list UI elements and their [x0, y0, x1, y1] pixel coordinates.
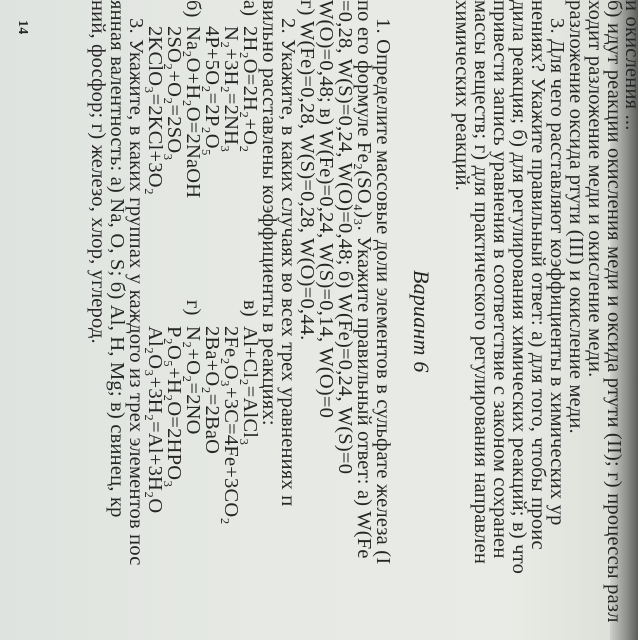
text-line: привести запись уравнения в соответствие…	[489, 0, 510, 558]
option-label-g: г)	[182, 300, 203, 316]
text-line: химических реакций.	[451, 0, 472, 191]
task2-line: вильно расставлены коэффициенты в реакци…	[258, 0, 279, 426]
task1-line: 1. Определите массовые доли элементов в …	[372, 18, 393, 564]
option-label-v: в)	[239, 300, 260, 317]
equation: 2Ba+O₂=2BaO	[201, 326, 222, 454]
equation: 2Fe₂O₃+3C=4Fe+3CO₂	[220, 326, 241, 525]
text-line: б) идут реакции окисления меди и оксида …	[603, 0, 624, 623]
task1-line: г) W(Fe)=0,28, W(S)=0,28, W(O)=0,44.	[296, 0, 317, 340]
equation: N₂+3H₂=2NH₃	[220, 26, 241, 152]
text-line: массы веществ; г) для практического регу…	[470, 0, 491, 564]
equation: Al+Cl₂=AlCl₃	[239, 326, 260, 446]
task1-line: =0,28, W(S)=0,24, W(O)=0,48; б) W(Fe)=0,…	[334, 0, 355, 474]
task1-line: по его формуле Fe₂(SO₄)₃. Укажите правил…	[353, 0, 374, 559]
text-line: ходит разложение меди и окисление меди.	[584, 0, 605, 378]
equation: 2SO₂+O₂=2SO₃	[163, 26, 184, 161]
equation: 2H₂O=2H₂+O₂	[239, 26, 260, 152]
task1-line: W(O)=0,48; в) W(Fe)=0,24, W(S)=0,14, W(O…	[315, 0, 336, 418]
equation: 2KClO₃=2KCl+3O₂	[144, 26, 165, 195]
task3-line: янная валентность: а) Na, O, S; б) Al, H…	[106, 0, 127, 518]
equation: N₂+O₂=2NO	[182, 326, 203, 435]
task3-line: 3. Укажите, в каких группах у каждого из…	[125, 18, 146, 566]
text-line: разложение оксида ртути (III) и окислени…	[565, 0, 586, 434]
page-number: 14	[12, 20, 33, 34]
text-line: дила реакция; б) для регулирования химич…	[508, 0, 529, 574]
equation: Al₂O₃+3H₂=Al+3H₂O	[144, 326, 165, 513]
option-label-b: б)	[182, 0, 203, 18]
equation: 4P+5O₂=2P₂O₅	[201, 26, 222, 156]
text-line: 3. Для чего расставляют коэффициенты в х…	[546, 18, 567, 526]
text-line: нениях? Укажите правильный ответ: а) для…	[527, 0, 548, 550]
variant-heading: Вариант 6	[411, 270, 432, 373]
task3-line: ний, фосфор; г) железо, хлор, углерод.	[87, 0, 108, 344]
equation: P₂O₅+H₂O=2HPO₃	[163, 326, 184, 488]
task2-line: 2. Укажите, в каких случаях во всех трех…	[277, 18, 298, 506]
equation: Na₂O+H₂O=2NaOH	[182, 26, 203, 198]
textbook-page: и окисления ... б) идут реакции окислени…	[0, 0, 638, 640]
option-label-a: а)	[239, 0, 260, 16]
